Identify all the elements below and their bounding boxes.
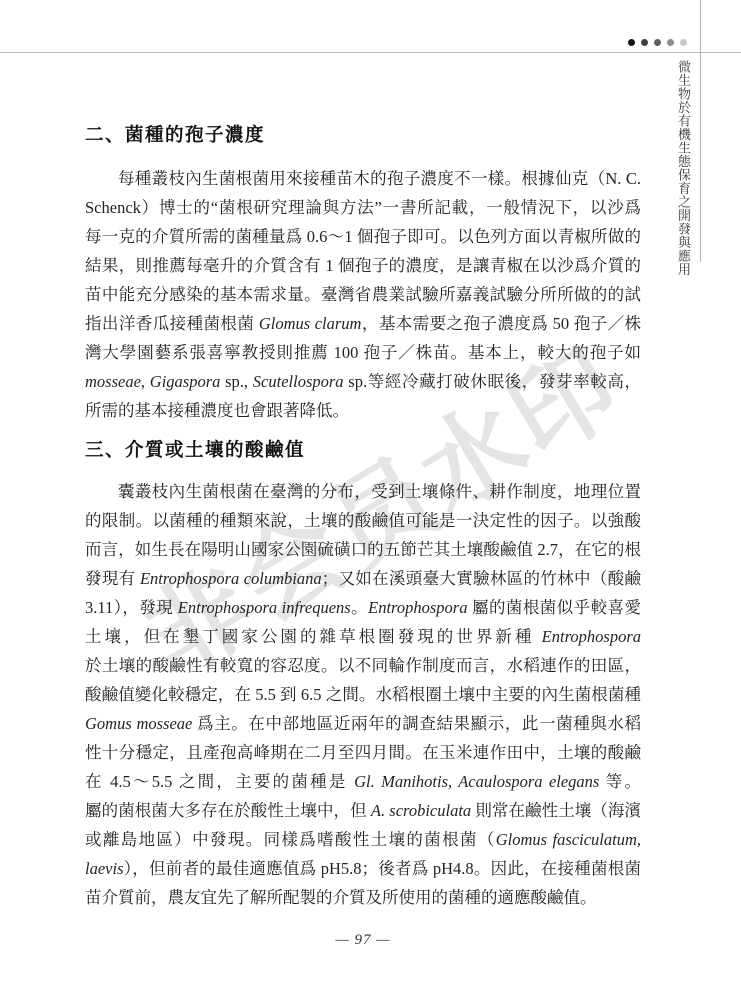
text-segment: 酸鹼值變化較穩定，在 5.5 到 6.5 之間。水稻根圈土壤中主要的內生菌根菌種… xyxy=(85,685,641,709)
section-heading-2: 三、介質或土壤的酸鹼值 xyxy=(85,437,641,463)
text-line: 苗介質前，農友宜先了解所配製的介質及所使用的菌種的適應酸鹼值。 xyxy=(85,883,641,912)
text-segment: 或離島地區）中發現。同樣爲嗜酸性土壤的菌根菌（ xyxy=(85,830,496,849)
text-line: 或離島地區）中發現。同樣爲嗜酸性土壤的菌根菌（Glomus fasciculat… xyxy=(85,825,641,854)
species-name: Glomus clarum xyxy=(259,314,362,333)
text-line: 屬的菌根菌大多存在於酸性土壤中，但 A. scrobiculata 則常在鹼性土… xyxy=(85,796,641,825)
text-segment: 灣大學園藝系張喜寧教授則推薦 100 孢子／株苗。基本上，較大的孢子如 xyxy=(85,343,641,362)
progress-dot-4 xyxy=(667,39,674,46)
species-name: A. scrobiculata xyxy=(371,801,471,820)
page-number: — 97 — xyxy=(85,932,641,949)
text-line: 所需的基本接種濃度也會跟著降低。 xyxy=(85,396,641,425)
species-name: Gomus mosseae xyxy=(85,714,192,733)
book-title-vertical: 微生物於有機生態保育之開發與應用 xyxy=(674,60,693,290)
progress-dot-3 xyxy=(654,39,661,46)
text-line: 而言，如生長在陽明山國家公園硫磺口的五節芒其土壤酸鹼值 2.7，在它的根圈中 xyxy=(85,535,641,564)
text-line: 於土壤的酸鹼性有較寬的容忍度。以不同輪作制度而言，水稻連作的田區，其土壤 xyxy=(85,651,641,680)
text-segment: 在 4.5～5.5 之間，主要的菌種是 xyxy=(85,772,354,791)
text-line: 指出洋香瓜接種菌根菌 Glomus clarum，基本需要之孢子濃度爲 50 孢… xyxy=(85,309,641,338)
text-segment: 苗介質前，農友宜先了解所配製的介質及所使用的菌種的適應酸鹼值。 xyxy=(85,888,597,907)
text-line: 每一克的介質所需的菌種量爲 0.6～1 個孢子即可。以色列方面以青椒所做的試驗 xyxy=(85,222,641,251)
text-line: 在 4.5～5.5 之間，主要的菌種是 Gl. Manihotis, Acaul… xyxy=(85,767,641,796)
species-name: Gl. Manihotis, Acaulospora elegans xyxy=(354,772,599,791)
text-segment: ），但前者的最佳適應值爲 pH5.8；後者爲 pH4.8。因此，在接種菌根菌於育 xyxy=(85,859,641,883)
text-line: 性十分穩定，且產孢高峰期在二月至四月間。在玉米連作田中，土壤的酸鹼值較低， xyxy=(85,738,641,767)
document-page: 微生物於有機生態保育之開發與應用 非会员水印 二、菌種的孢子濃度每種叢枝內生菌根… xyxy=(0,0,741,1005)
text-segment: 所需的基本接種濃度也會跟著降低。 xyxy=(85,401,349,420)
text-segment: 苗中能充分感染的基本需求量。臺灣省農業試驗所嘉義試驗分所所做的的試驗研究 xyxy=(85,285,641,309)
text-line: 囊叢枝內生菌根菌在臺灣的分布，受到土壤條件、耕作制度，地理位置等因素 xyxy=(85,477,641,506)
text-segment: 而言，如生長在陽明山國家公園硫磺口的五節芒其土壤酸鹼值 2.7，在它的根圈中 xyxy=(85,540,641,564)
text-segment: 的限制。以菌種的種類來說，土壤的酸鹼值可能是一決定性的因子。以強酸性土壤 xyxy=(85,511,641,535)
text-segment: 囊叢枝內生菌根菌在臺灣的分布，受到土壤條件、耕作制度，地理位置等因素 xyxy=(85,482,641,506)
text-segment: 發現有 xyxy=(85,569,140,588)
text-segment: sp., xyxy=(220,372,252,391)
text-line: Gomus mosseae 爲主。在中部地區近兩年的調查結果顯示，此一菌種與水稻… xyxy=(85,709,641,738)
text-segment: 。 xyxy=(351,598,368,617)
text-segment: 3.11），發現 xyxy=(85,598,178,617)
text-line: 結果，則推薦每毫升的介質含有 1 個孢子的濃度，是讓青椒在以沙爲介質的盆栽育 xyxy=(85,251,641,280)
progress-dot-5 xyxy=(680,39,687,46)
progress-dot-1 xyxy=(628,39,635,46)
text-line: 3.11），發現 Entrophospora infrequens。Entrop… xyxy=(85,593,641,622)
text-line: 灣大學園藝系張喜寧教授則推薦 100 孢子／株苗。基本上，較大的孢子如 Glom… xyxy=(85,338,641,367)
text-line: 苗中能充分感染的基本需求量。臺灣省農業試驗所嘉義試驗分所所做的的試驗研究 xyxy=(85,280,641,309)
text-segment: 於土壤的酸鹼性有較寬的容忍度。以不同輪作制度而言，水稻連作的田區，其土壤 xyxy=(85,656,641,680)
text-line: mosseae, Gigaspora sp., Scutellospora sp… xyxy=(85,367,641,396)
text-line: 發現有 Entrophospora columbiana；又如在溪頭臺大實驗林區… xyxy=(85,564,641,593)
text-segment: 每種叢枝內生菌根菌用來接種苗木的孢子濃度不一樣。根據仙克（N. C. xyxy=(118,169,641,188)
species-name: Entrophospora xyxy=(368,598,467,617)
text-segment: Schenck）博士的“菌根研究理論與方法”一書所記載，一般情況下，以沙爲例， xyxy=(85,198,641,222)
text-segment: 土壤，但在墾丁國家公園的雜草根圈發現的世界新種 xyxy=(85,627,542,646)
text-line: 的限制。以菌種的種類來說，土壤的酸鹼值可能是一決定性的因子。以強酸性土壤 xyxy=(85,506,641,535)
text-line: 每種叢枝內生菌根菌用來接種苗木的孢子濃度不一樣。根據仙克（N. C. xyxy=(85,164,641,193)
page-body: 二、菌種的孢子濃度每種叢枝內生菌根菌用來接種苗木的孢子濃度不一樣。根據仙克（N.… xyxy=(85,122,641,912)
section-heading-1: 二、菌種的孢子濃度 xyxy=(85,122,641,148)
text-segment: 指出洋香瓜接種菌根菌 xyxy=(85,314,259,333)
text-segment: 性十分穩定，且產孢高峰期在二月至四月間。在玉米連作田中，土壤的酸鹼值較低， xyxy=(85,743,641,767)
text-line: 土壤，但在墾丁國家公園的雜草根圈發現的世界新種 Entrophospora ke… xyxy=(85,622,641,651)
species-name: mosseae, Gigaspora xyxy=(85,372,220,391)
species-name: laevis xyxy=(85,859,124,878)
species-name: Entrophospora infrequens xyxy=(178,598,351,617)
text-line: Schenck）博士的“菌根研究理論與方法”一書所記載，一般情況下，以沙爲例， xyxy=(85,193,641,222)
text-segment: 每一克的介質所需的菌種量爲 0.6～1 個孢子即可。以色列方面以青椒所做的試驗 xyxy=(85,227,641,251)
sidebar-divider xyxy=(700,0,701,262)
progress-dots xyxy=(628,39,687,46)
header-divider xyxy=(0,52,741,53)
text-line: 酸鹼值變化較穩定，在 5.5 到 6.5 之間。水稻根圈土壤中主要的內生菌根菌種… xyxy=(85,680,641,709)
text-segment: 結果，則推薦每毫升的介質含有 1 個孢子的濃度，是讓青椒在以沙爲介質的盆栽育 xyxy=(85,256,641,280)
species-name: Entrophospora columbiana xyxy=(140,569,322,588)
progress-dot-2 xyxy=(641,39,648,46)
species-name: Scutellospora xyxy=(253,372,344,391)
text-segment: 屬的菌根菌大多存在於酸性土壤中，但 xyxy=(85,801,371,820)
text-segment: 等。 xyxy=(599,772,641,791)
text-line: laevis），但前者的最佳適應值爲 pH5.8；後者爲 pH4.8。因此，在接… xyxy=(85,854,641,883)
